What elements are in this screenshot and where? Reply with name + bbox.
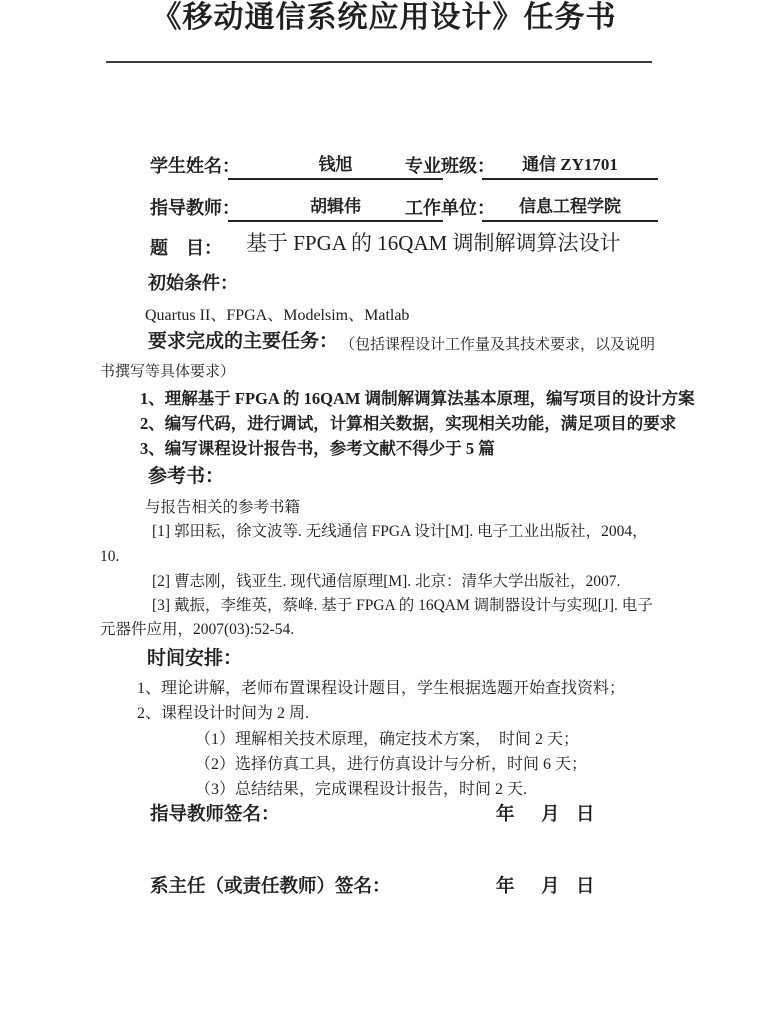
initial-conditions-heading: 初始条件： xyxy=(148,273,238,295)
tasks-heading: 要求完成的主要任务： xyxy=(148,331,338,354)
header-rule xyxy=(106,61,652,63)
task-item-3: 3、编写课程设计报告书，参考文献不得少于 5 篇 xyxy=(140,439,495,459)
references-intro: 与报告相关的参考书籍 xyxy=(145,499,300,518)
topic-value: 基于 FPGA 的 16QAM 调制解调算法设计 xyxy=(246,231,621,256)
schedule-item-2: 2、课程设计时间为 2 周. xyxy=(137,704,309,723)
reference-line-2: [2] 曹志刚，钱亚生. 现代通信原理[M]. 北京：清华大学出版社，2007. xyxy=(152,573,620,592)
reference-line-3-cont: 元器件应用，2007(03):52-54. xyxy=(100,621,294,640)
schedule-item-1: 1、理论讲解，老师布置课程设计题目，学生根据选题开始查找资料； xyxy=(137,679,625,698)
dept-head-signature-label: 系主任（或责任教师）签名： xyxy=(150,876,391,898)
reference-line-1: [1] 郭田耘，徐文波等. 无线通信 FPGA 设计[M]. 电子工业出版社，2… xyxy=(152,523,648,542)
unit-value: 信息工程学院 xyxy=(482,194,658,222)
task-item-2: 2、编写代码，进行调试，计算相关数据，实现相关功能，满足项目的要求 xyxy=(140,414,676,434)
schedule-subitem-3: （3）总结结果，完成课程设计报告，时间 2 天. xyxy=(195,780,527,799)
schedule-heading: 时间安排： xyxy=(147,648,242,671)
advisor-sign-month-label: 月 xyxy=(541,804,560,826)
student-name-label: 学生姓名： xyxy=(150,156,240,178)
dept-sign-year-label: 年 xyxy=(496,876,515,898)
references-heading: 参考书： xyxy=(148,466,224,489)
tasks-heading-note: （包括课程设计工作量及其技术要求，以及说明 xyxy=(340,336,655,354)
topic-label: 题 目： xyxy=(150,238,222,260)
dept-sign-day-label: 日 xyxy=(576,876,595,898)
document-page: 《移动通信系统应用设计》任务书 学生姓名： 钱旭 专业班级： 通信 ZY1701… xyxy=(0,0,768,1024)
tasks-heading-note-cont: 书撰写等具体要求） xyxy=(100,363,235,381)
dept-sign-month-label: 月 xyxy=(541,876,560,898)
advisor-sign-year-label: 年 xyxy=(496,804,515,826)
class-value: 通信 ZY1701 xyxy=(482,152,658,180)
advisor-label: 指导教师： xyxy=(150,198,240,220)
reference-line-3: [3] 戴振，李维英，蔡峰. 基于 FPGA 的 16QAM 调制器设计与实现[… xyxy=(152,597,653,616)
reference-line-1-cont: 10. xyxy=(100,548,119,567)
advisor-sign-day-label: 日 xyxy=(576,804,595,826)
task-item-1: 1、理解基于 FPGA 的 16QAM 调制解调算法基本原理，编写项目的设计方案 xyxy=(140,389,695,409)
page-title: 《移动通信系统应用设计》任务书 xyxy=(0,0,768,36)
initial-conditions-body: Quartus II、FPGA、Modelsim、Matlab xyxy=(145,306,409,325)
advisor-signature-label: 指导教师签名： xyxy=(150,804,280,826)
schedule-subitem-1: （1）理解相关技术原理，确定技术方案， 时间 2 天； xyxy=(195,730,579,749)
schedule-subitem-2: （2）选择仿真工具，进行仿真设计与分析，时间 6 天； xyxy=(195,755,587,774)
